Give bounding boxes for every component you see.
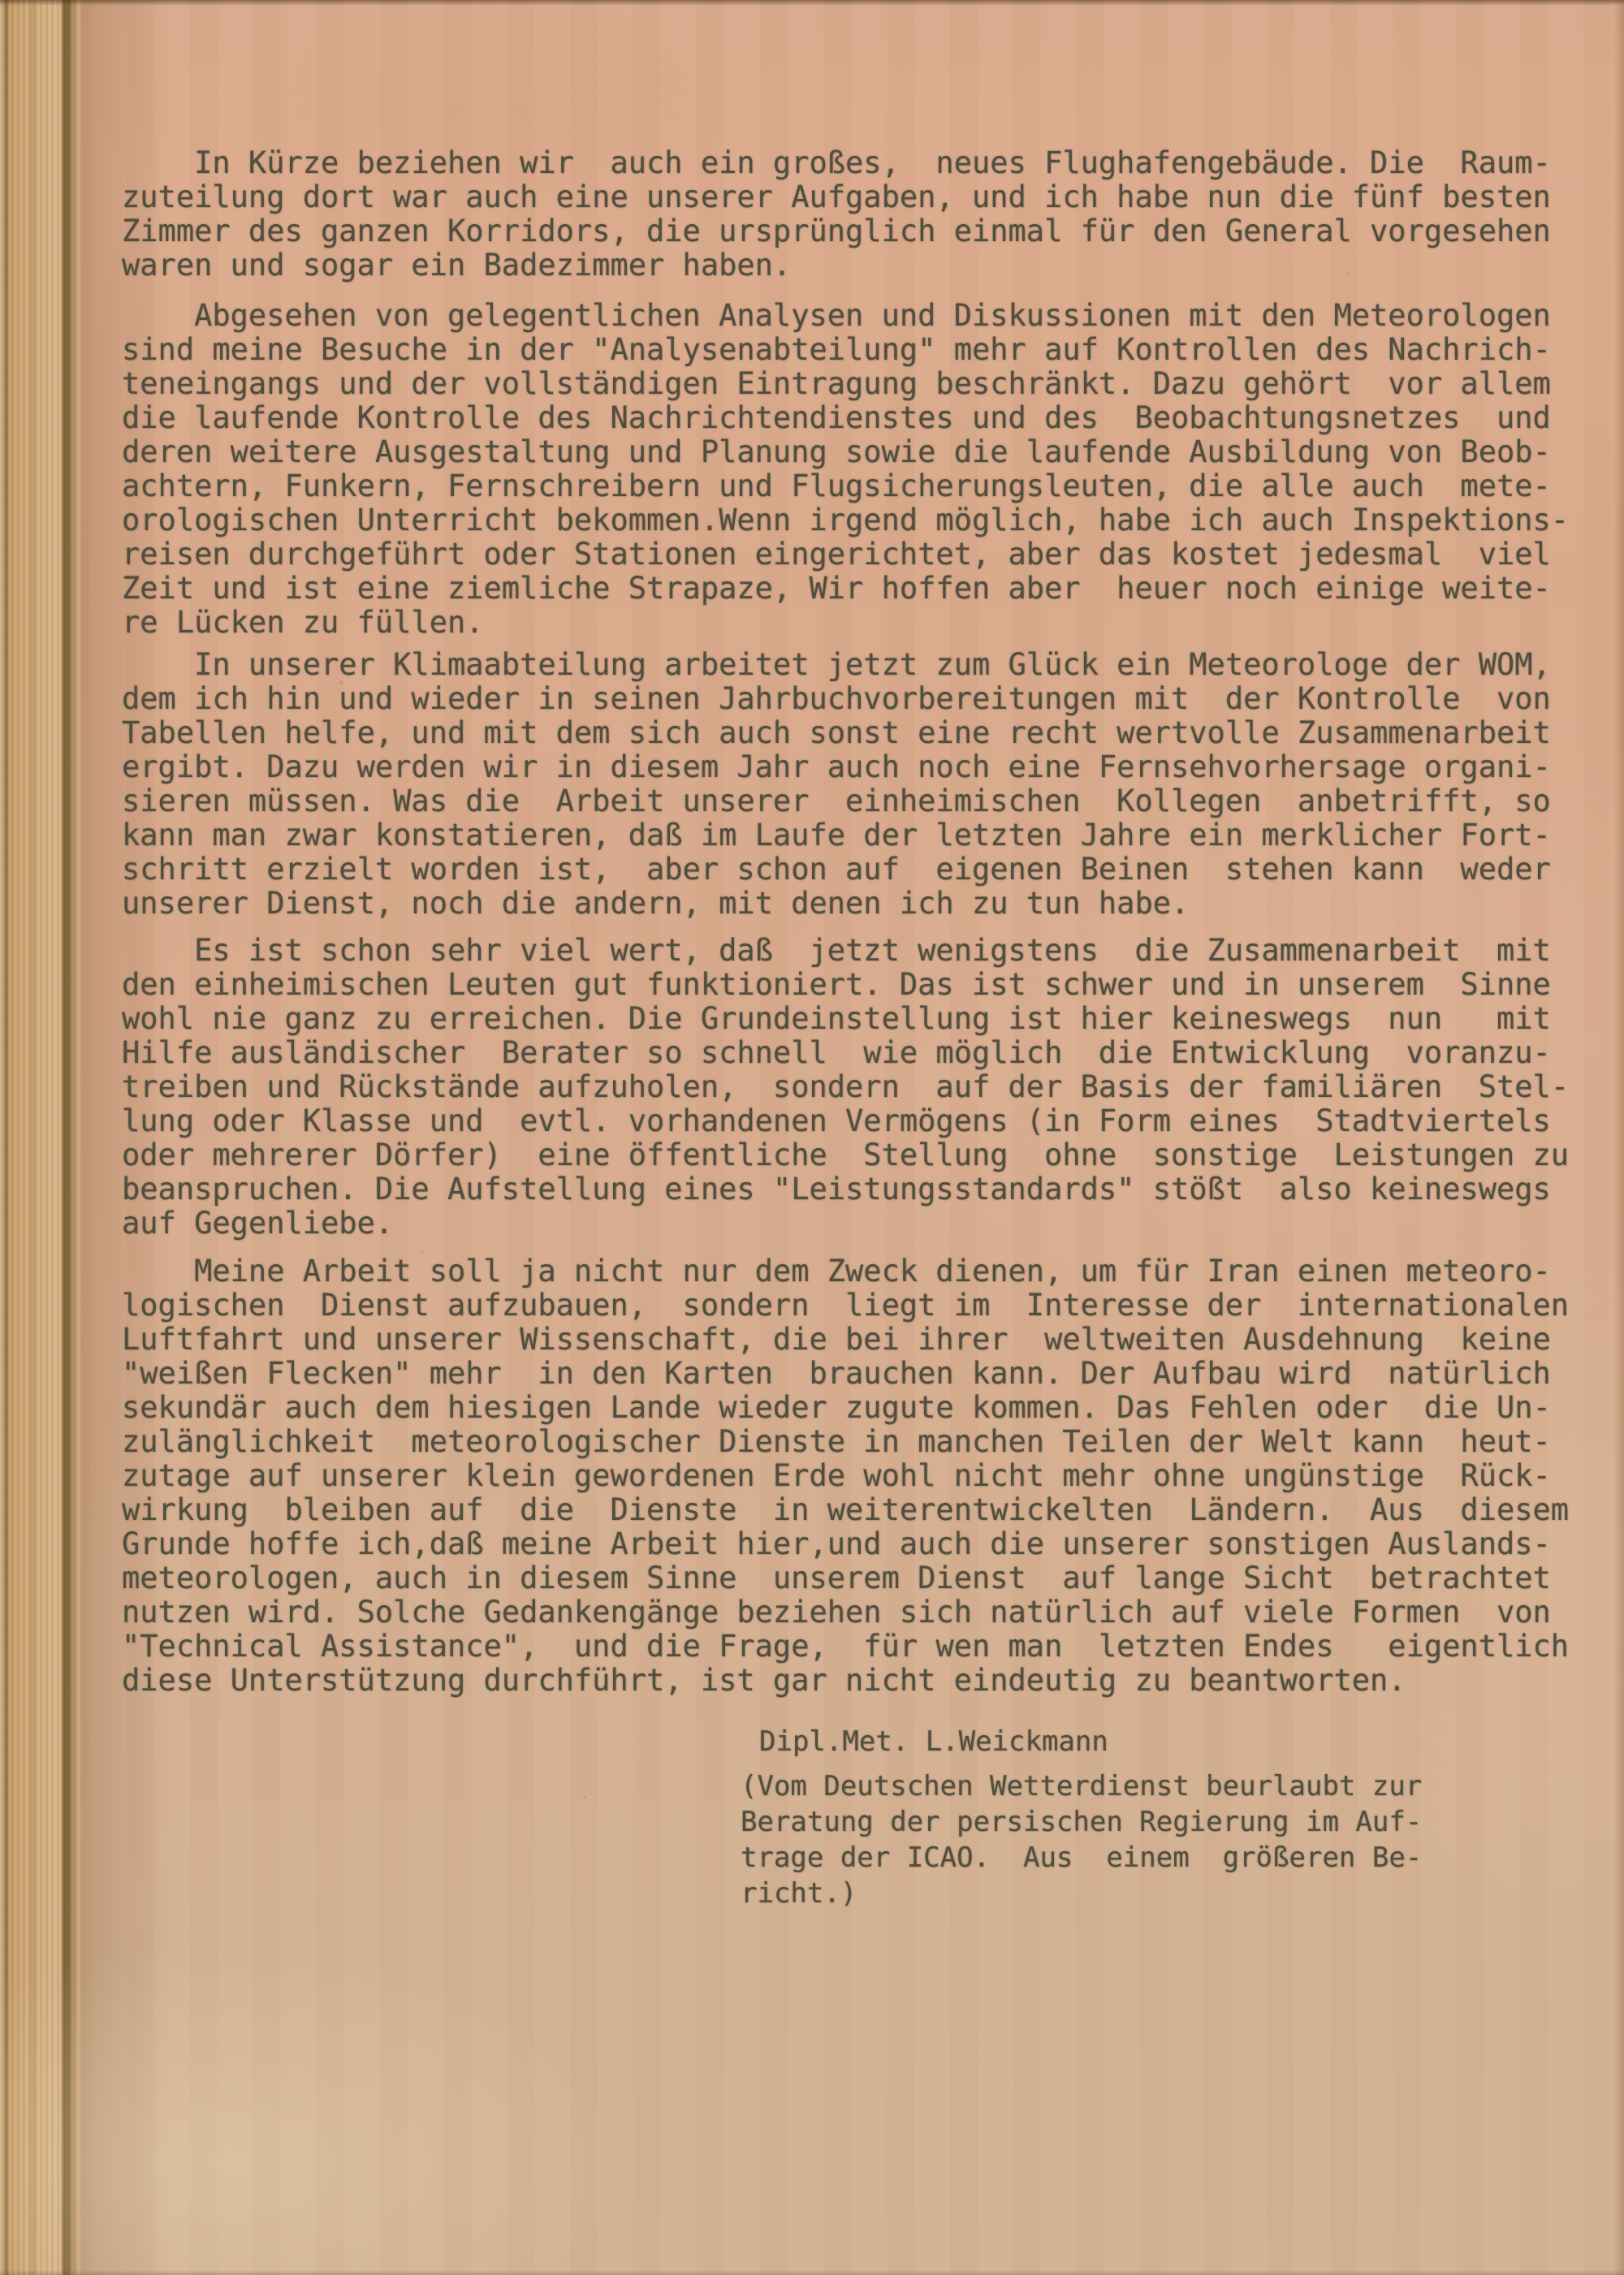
signature-line: Dipl.Met. L.Weickmann: [759, 1724, 1108, 1759]
body-paragraph-2: Abgesehen von gelegentlichen Analysen un…: [122, 299, 1569, 640]
body-paragraph-1: In Kürze beziehen wir auch ein großes, n…: [122, 146, 1551, 283]
body-paragraph-3: In unserer Klimaabteilung arbeitet jetzt…: [122, 648, 1551, 921]
page-edge-top: [0, 0, 1624, 6]
page-edge-bottom: [0, 2270, 1624, 2275]
body-paragraph-5: Meine Arbeit soll ja nicht nur dem Zweck…: [122, 1254, 1569, 1698]
body-paragraph-4: Es ist schon sehr viel wert, daß jetzt w…: [122, 934, 1569, 1241]
book-binding: [0, 0, 81, 2275]
document-page: In Kürze beziehen wir auch ein großes, n…: [0, 0, 1624, 2275]
source-note: (Vom Deutschen Wetterdienst beurlaubt zu…: [741, 1768, 1422, 1911]
page-edge-right: [1613, 0, 1624, 2275]
